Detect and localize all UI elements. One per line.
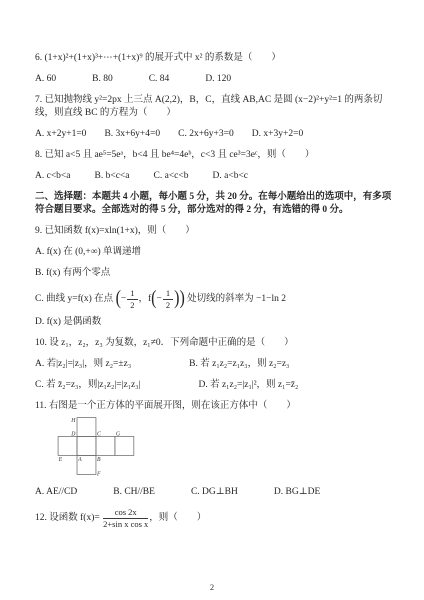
page-number: 2 <box>0 581 424 594</box>
question-10-option-b: B. 若 z₁z₂=z₁z₃，则 z₂=z₃ <box>189 358 289 371</box>
net-square-center <box>77 437 96 456</box>
question-10-option-c: C. 若 z̄₂=z₃，则|z₁z₂|=|z₁z₃| <box>35 379 140 392</box>
section-2-heading: 二、选择题：本题共 4 小题，每小题 5 分，共 20 分。在每小题给出的选项中… <box>35 191 396 217</box>
question-10-option-d: D. 若 z₁z₂=|z₁|²，则 z₁=z̄₂ <box>198 379 298 392</box>
net-square-top <box>77 418 96 437</box>
question-8-option-a: A. c<b<a <box>35 170 71 183</box>
fraction-denominator: 2 <box>163 300 173 311</box>
question-10-option-a: A. 若|z₂|=|z₃|，则 z₂=±z₃ <box>35 358 131 371</box>
fraction-numerator: 1 <box>163 288 173 300</box>
question-6-option-b: B. 80 <box>92 73 113 86</box>
question-11-text: 11. 右图是一个正方体的平面展开图，则在该正方体中（ ） <box>35 400 396 413</box>
open-paren: ( <box>151 289 156 309</box>
exam-page: 6. (1+x)²+(1+x)³+⋯+(1+x)⁹ 的展开式中 x² 的系数是（… <box>0 0 424 600</box>
question-6-option-a: A. 60 <box>35 73 56 86</box>
vertex-label-b: B <box>97 457 101 463</box>
question-12-fraction: cos 2x 2+sin x cos x <box>103 507 148 529</box>
question-6-option-d: D. 120 <box>205 73 231 86</box>
question-12-prefix: 12. 设函数 f(x)= <box>35 512 102 525</box>
question-11-option-b: B. CH//BE <box>113 486 155 499</box>
question-7-option-c: C. 2x+6y+3=0 <box>178 128 234 141</box>
vertex-label-a: A <box>77 457 82 463</box>
question-8-option-d: D. a<b<c <box>213 170 249 183</box>
net-square-left <box>58 437 77 456</box>
vertex-label-e: E <box>58 457 63 463</box>
question-7-option-a: A. x+2y+1=0 <box>35 128 86 141</box>
question-8-option-c: C. a<c<b <box>154 170 189 183</box>
question-7-option-b: B. 3x+6y+4=0 <box>104 128 160 141</box>
question-6-option-c: C. 84 <box>149 73 170 86</box>
question-11-option-d: D. BG⊥DE <box>274 486 320 499</box>
question-7-option-d: D. x+3y+2=0 <box>252 128 303 141</box>
fraction-denominator: 2 <box>127 300 137 311</box>
question-10-options-row-1: A. 若|z₂|=|z₃|，则 z₂=±z₃ B. 若 z₁z₂=z₁z₃，则 … <box>35 358 396 371</box>
option-c-prefix: C. 曲线 y=f(x) 在点 <box>35 293 116 306</box>
comma-f: ，f <box>139 293 152 306</box>
question-11-option-a: A. AE//CD <box>35 486 77 499</box>
vertex-label-c: C <box>97 431 101 437</box>
question-11-option-c: C. DG⊥BH <box>191 486 238 499</box>
question-11-options: A. AE//CD B. CH//BE C. DG⊥BH D. BG⊥DE <box>35 486 396 499</box>
question-7-text: 7. 已知抛物线 y²=2px 上三点 A(2,2)，B，C，直线 AB,AC … <box>35 94 396 120</box>
question-6-text: 6. (1+x)²+(1+x)³+⋯+(1+x)⁹ 的展开式中 x² 的系数是（… <box>35 52 396 65</box>
fraction-numerator: cos 2x <box>103 507 148 519</box>
question-9-option-c: C. 曲线 y=f(x) 在点 ( − 1 2 ，f ( − 1 2 )) 处切… <box>35 288 396 310</box>
close-parens: )) <box>174 289 185 309</box>
fraction-one-half: 1 2 <box>127 288 137 310</box>
question-8-text: 8. 已知 a<5 且 ae⁵=5eᵃ，b<4 且 be⁴=4eᵇ，c<3 且 … <box>35 149 396 162</box>
question-8-options: A. c<b<a B. b<c<a C. a<c<b D. a<b<c <box>35 170 396 183</box>
net-square-right2 <box>115 437 134 456</box>
question-12-suffix: ，则（ ） <box>149 512 206 525</box>
fraction-one-half: 1 2 <box>163 288 173 310</box>
fraction-numerator: 1 <box>127 288 137 300</box>
cube-net-figure: H D C G E A B F <box>57 416 396 482</box>
question-9-option-a: A. f(x) 在 (0,+∞) 单调递增 <box>35 246 396 259</box>
question-12-text: 12. 设函数 f(x)= cos 2x 2+sin x cos x ，则（ ） <box>35 507 396 529</box>
question-6-options: A. 60 B. 80 C. 84 D. 120 <box>35 73 396 86</box>
net-square-right1 <box>96 437 115 456</box>
question-10-options-row-2: C. 若 z̄₂=z₃，则|z₁z₂|=|z₁z₃| D. 若 z₁z₂=|z₁… <box>35 379 396 392</box>
open-paren: ( <box>116 289 121 309</box>
cube-net-svg: H D C G E A B F <box>57 416 137 477</box>
vertex-label-f: F <box>96 471 101 477</box>
vertex-label-h: H <box>70 418 76 424</box>
question-10-text: 10. 设 z₁，z₂，z₃ 为复数，z₁≠0．下列命题中正确的是（ ） <box>35 337 396 350</box>
question-9-option-b: B. f(x) 有两个零点 <box>35 267 396 280</box>
question-8-option-b: B. b<c<a <box>95 170 130 183</box>
vertex-label-d: D <box>70 431 76 437</box>
question-7-options: A. x+2y+1=0 B. 3x+6y+4=0 C. 2x+6y+3=0 D.… <box>35 128 396 141</box>
question-9-text: 9. 已知函数 f(x)=xln(1+x)，则（ ） <box>35 225 396 238</box>
question-9-option-d: D. f(x) 是偶函数 <box>35 316 396 329</box>
fraction-denominator: 2+sin x cos x <box>103 519 148 530</box>
minus-sign: − <box>157 293 162 306</box>
option-c-suffix: 处切线的斜率为 −1−ln 2 <box>185 293 286 306</box>
minus-sign: − <box>121 293 126 306</box>
